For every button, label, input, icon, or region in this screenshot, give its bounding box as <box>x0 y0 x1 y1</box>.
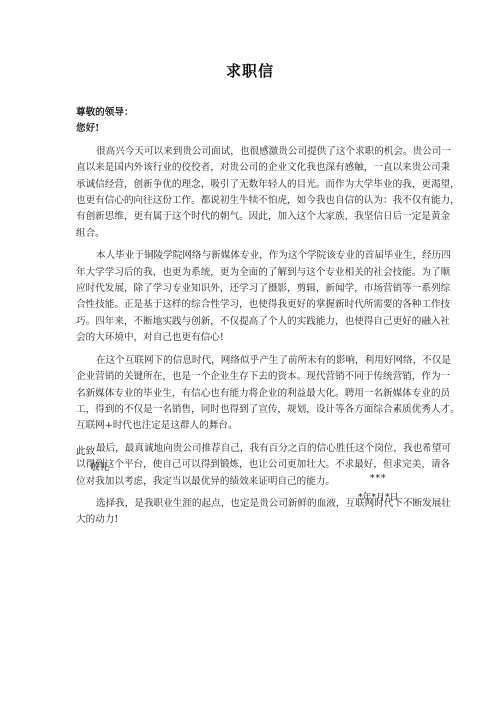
text-line: 本人毕业于铜陵学院网络与新媒体专业，作为这个学院该专业的首届毕业生，经历四 <box>76 248 414 264</box>
paragraph-4: 最后，最真诚地向贵公司推荐自己，我有百分之百的信心胜任这个岗位，我也希望可 以得… <box>76 441 414 490</box>
document-page: 求职信 尊敬的领导： 您好! 很高兴今天可以来到贵公司面试，也很感激贵公司提供了… <box>0 0 500 708</box>
text-line: 企业营销的关键所在，也是一个企业生存下去的资本。现代营销不同于传统营销，作为一 <box>76 369 414 385</box>
text-line: 以得到这个平台，使自己可以得到锻炼，也让公司更加壮大。不求最好，但求完美，请各 <box>76 457 414 473</box>
closing: 此致 敬礼 <box>76 444 109 477</box>
text-line: 也更有信心的向往这份工作。都说初生牛犊不怕虎，如今我也自信的认为：我不仅有能力， <box>76 193 414 209</box>
salutation: 尊敬的领导： <box>76 105 414 121</box>
paragraph-2: 本人毕业于铜陵学院网络与新媒体专业，作为这个学院该专业的首届毕业生，经历四 年大… <box>76 248 414 346</box>
signature: *** <box>370 474 387 484</box>
document-title: 求职信 <box>0 60 500 81</box>
letter-body: 尊敬的领导： 您好! 很高兴今天可以来到贵公司面试，也很感激贵公司提供了这个求职… <box>76 105 414 535</box>
text-line: 工，得到的不仅是一名销售，同时也得到了宣传，规划，设计等各方面综合素质优秀人才。 <box>76 402 414 418</box>
date: *年*月*日 <box>358 490 399 503</box>
closing-phrase: 此致 <box>76 444 109 460</box>
text-line: 很高兴今天可以来到贵公司面试，也很感激贵公司提供了这个求职的机会。贵公司一 <box>76 144 414 160</box>
text-line: 互联网+时代也注定是这群人的舞台。 <box>76 418 414 434</box>
text-line: 直以来是国内外该行业的佼佼者，对贵公司的企业文化我也深有感触，一直以来贵公司秉 <box>76 160 414 176</box>
greeting: 您好! <box>76 121 414 137</box>
paragraph-3: 在这个互联网下的信息时代，网络似乎产生了前所未有的影响，利用好网络，不仅是 企业… <box>76 353 414 435</box>
text-line: 承诚信经营，创新争优的理念，吸引了无数年轻人的目光。而作为大学毕业的我，更渴望， <box>76 177 414 193</box>
text-line: 最后，最真诚地向贵公司推荐自己，我有百分之百的信心胜任这个岗位，我也希望可 <box>76 441 414 457</box>
text-line: 组合。 <box>76 226 414 242</box>
closing-regards: 敬礼 <box>76 460 109 476</box>
text-line: 会的大环境中，对自己也更有信心! <box>76 330 414 346</box>
text-line: 位对我加以考虑，我定当以最优异的绩效来证明自己的能力。 <box>76 474 414 490</box>
text-line: 年大学学习后的我，也更为系统，更为全面的了解到与这个专业相关的社会技能。为了顺 <box>76 265 414 281</box>
paragraph-1: 很高兴今天可以来到贵公司面试，也很感激贵公司提供了这个求职的机会。贵公司一 直以… <box>76 144 414 242</box>
text-line: 大的动力! <box>76 512 414 528</box>
text-line: 有创新思维，更有属于这个时代的朝气。因此，加入这个大家族，我坚信日后一定是黄金 <box>76 209 414 225</box>
text-line: 合性技能。正是基于这样的综合性学习，也使得我更好的掌握新时代所需要的各种工作技 <box>76 297 414 313</box>
text-line: 巧。四年来，不断地实践与创新，不仅提高了个人的实践能力，也使得自己更好的融入社 <box>76 314 414 330</box>
text-line: 名新媒体专业的毕业生，有信心也有能力将企业的利益最大化。聘用一名新媒体专业的员 <box>76 386 414 402</box>
text-line: 在这个互联网下的信息时代，网络似乎产生了前所未有的影响，利用好网络，不仅是 <box>76 353 414 369</box>
text-line: 应时代发展，除了学习专业知识外，还学习了摄影，剪辑，新闻学，市场营销等一系列综 <box>76 281 414 297</box>
